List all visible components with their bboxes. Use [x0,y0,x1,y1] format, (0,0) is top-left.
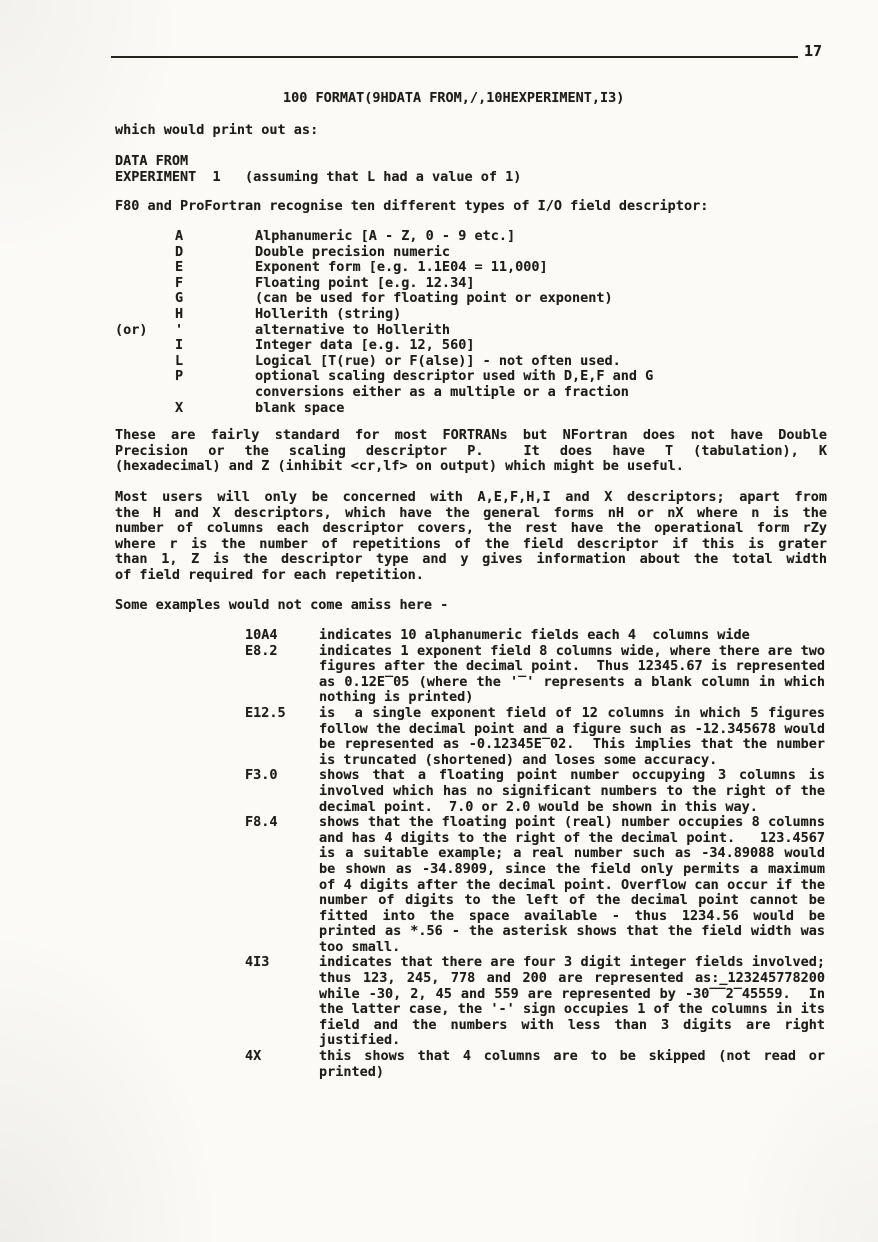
descriptor-row: E Exponent form [e.g. 1.1E04 = 11,000] [115,260,827,276]
descriptor-prefix [115,276,175,292]
descriptor-letter: X [175,401,255,417]
examples-intro-text: Some examples would not come amiss here … [115,598,448,614]
descriptor-row: (or) ' alternative to Hollerith [115,323,827,339]
descriptor-row: D Double precision numeric [115,245,827,261]
descriptor-desc: optional scaling descriptor used with D,… [255,369,827,400]
descriptor-row: P optional scaling descriptor used with … [115,369,827,400]
example-row: F8.4 shows that the floating point (real… [245,815,825,955]
example-text: indicates 1 exponent field 8 columns wid… [319,644,825,706]
descriptor-prefix [115,354,175,370]
descriptor-row: I Integer data [e.g. 12, 560] [115,338,827,354]
example-row: F3.0 shows that a floating point number … [245,768,825,815]
descriptor-letter: P [175,369,255,400]
descriptor-prefix [115,369,175,400]
example-label: E12.5 [245,706,319,768]
descriptor-prefix [115,291,175,307]
descriptor-row: L Logical [T(rue) or F(alse)] - not ofte… [115,354,827,370]
descriptor-desc: Double precision numeric [255,245,827,261]
descriptor-letter: E [175,260,255,276]
descriptor-prefix [115,260,175,276]
examples-list: 10A4 indicates 10 alphanumeric fields ea… [245,628,825,1080]
descriptor-desc: alternative to Hollerith [255,323,827,339]
descriptor-desc: Hollerith (string) [255,307,827,323]
example-row: 10A4 indicates 10 alphanumeric fields ea… [245,628,825,644]
example-row: 4X this shows that 4 columns are to be s… [245,1049,825,1080]
descriptor-letter: L [175,354,255,370]
descriptor-row: A Alphanumeric [A - Z, 0 - 9 etc.] [115,229,827,245]
header-rule [111,56,798,58]
example-row: E8.2 indicates 1 exponent field 8 column… [245,644,825,706]
paragraph-most-users: Most users will only be concerned with A… [115,490,827,584]
descriptor-letter: H [175,307,255,323]
descriptor-letter: A [175,229,255,245]
example-row: E12.5 is a single exponent field of 12 c… [245,706,825,768]
example-text: shows that the floating point (real) num… [319,815,825,955]
document-page: 17 100 FORMAT(9HDATA FROM,/,10HEXPERIMEN… [0,0,878,1242]
descriptor-desc: Alphanumeric [A - Z, 0 - 9 etc.] [255,229,827,245]
example-label: E8.2 [245,644,319,706]
page-number: 17 [804,44,822,60]
example-label: 4X [245,1049,319,1080]
print-output-block: DATA FROMEXPERIMENT 1 (assuming that L h… [115,154,827,185]
example-text: this shows that 4 columns are to be skip… [319,1049,825,1080]
descriptor-desc: (can be used for floating point or expon… [255,291,827,307]
descriptor-desc: blank space [255,401,827,417]
descriptor-list: A Alphanumeric [A - Z, 0 - 9 etc.] D Dou… [115,229,827,416]
descriptor-desc: Integer data [e.g. 12, 560] [255,338,827,354]
descriptor-desc: Logical [T(rue) or F(alse)] - not often … [255,354,827,370]
descriptor-prefix [115,245,175,261]
descriptor-letter: ' [175,323,255,339]
example-row: 4I3 indicates that there are four 3 digi… [245,955,825,1049]
descriptor-intro-text: F80 and ProFortran recognise ten differe… [115,199,708,215]
descriptor-prefix [115,229,175,245]
format-code-line: 100 FORMAT(9HDATA FROM,/,10HEXPERIMENT,I… [283,91,624,107]
example-label: F3.0 [245,768,319,815]
example-text: shows that a floating point number occup… [319,768,825,815]
descriptor-prefix: (or) [115,323,175,339]
descriptor-prefix [115,401,175,417]
descriptor-row: H Hollerith (string) [115,307,827,323]
descriptor-letter: D [175,245,255,261]
paragraph-standard-fortrans: These are fairly standard for most FORTR… [115,428,827,475]
example-label: F8.4 [245,815,319,955]
descriptor-row: G (can be used for floating point or exp… [115,291,827,307]
descriptor-letter: G [175,291,255,307]
descriptor-letter: F [175,276,255,292]
descriptor-letter: I [175,338,255,354]
descriptor-prefix [115,338,175,354]
descriptor-prefix [115,307,175,323]
descriptor-desc: Exponent form [e.g. 1.1E04 = 11,000] [255,260,827,276]
example-text: indicates 10 alphanumeric fields each 4 … [319,628,825,644]
example-label: 10A4 [245,628,319,644]
descriptor-row: X blank space [115,401,827,417]
example-text: indicates that there are four 3 digit in… [319,955,825,1049]
print-intro-text: which would print out as: [115,123,318,139]
example-label: 4I3 [245,955,319,1049]
example-text: is a single exponent field of 12 columns… [319,706,825,768]
